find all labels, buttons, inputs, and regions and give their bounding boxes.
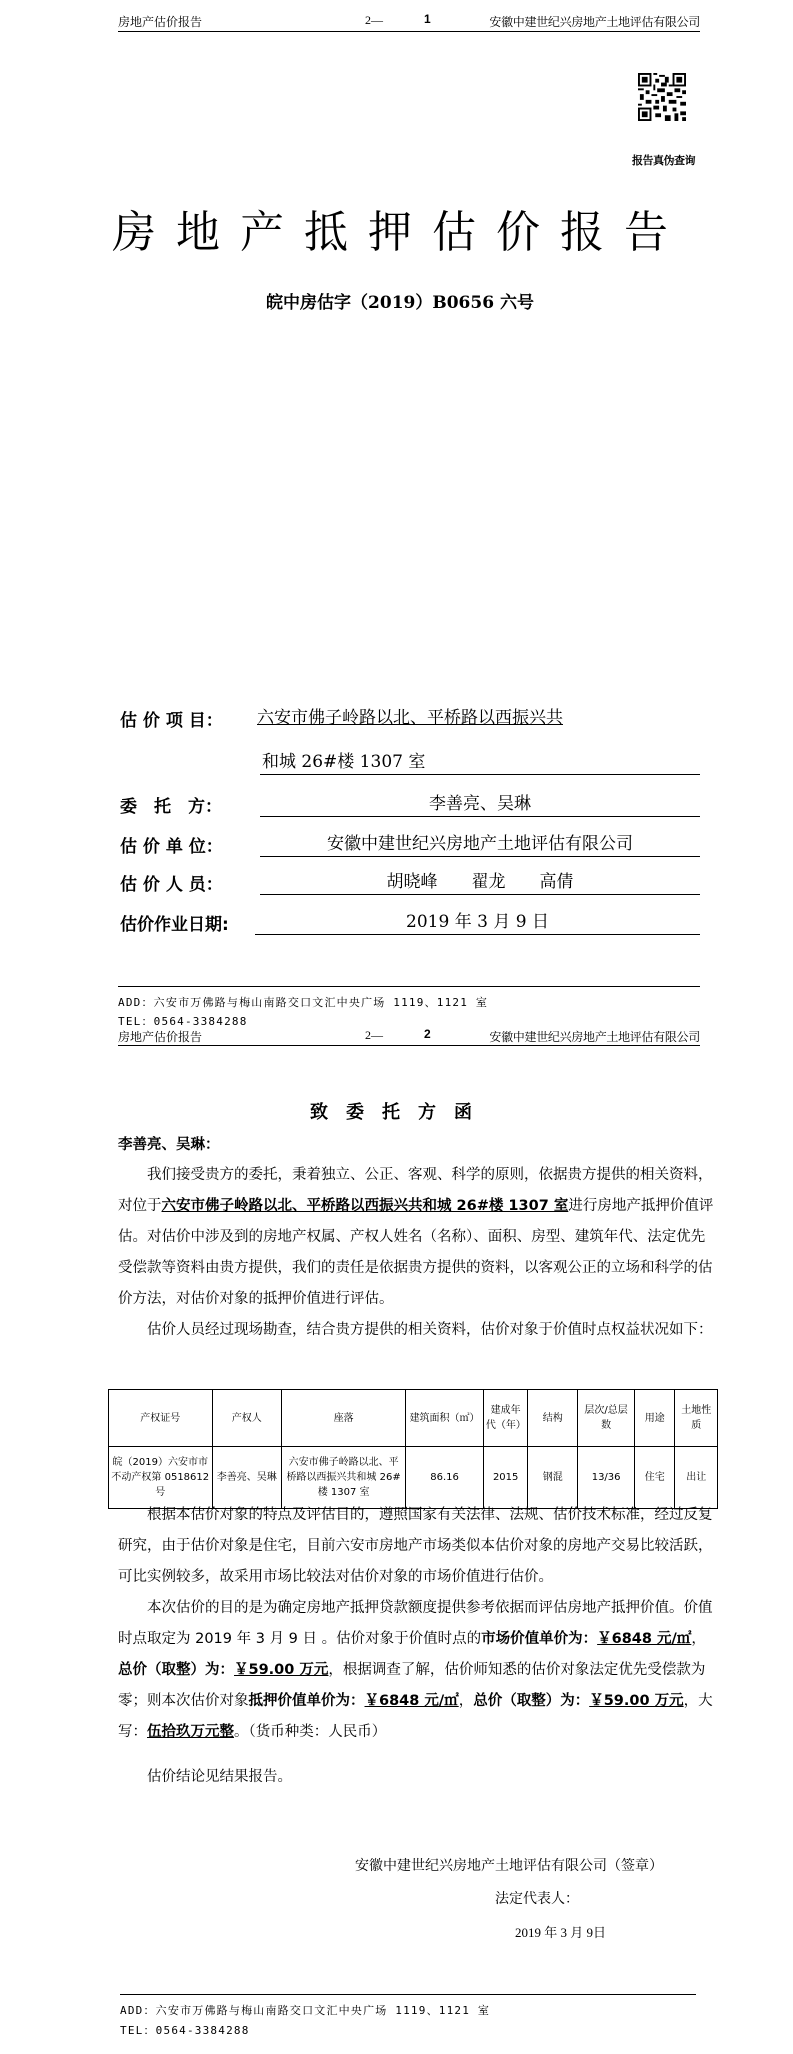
field-project: 估 价 项 目： 六安市佛子岭路以北、平桥路以西振兴共 <box>120 706 700 732</box>
table-header: 层次/总层数 <box>578 1390 635 1447</box>
field-label: 估 价 单 位： <box>120 832 223 857</box>
field-label: 委 托 方： <box>120 792 222 817</box>
table-header: 产权人 <box>212 1390 281 1447</box>
table-header: 建成年代（年） <box>483 1390 528 1447</box>
qr-verify-label: 报告真伪查询 <box>632 152 695 168</box>
paragraph-text: 。（货币种类：人民币） <box>234 1724 386 1740</box>
document-number: 皖中房估字（2019）B0656 六号 <box>100 288 700 313</box>
signature-company: 安徽中建世纪兴房地产土地评估有限公司（签章） <box>355 1855 663 1875</box>
page2-header: 房地产估价报告 2— 2 安徽中建世纪兴房地产土地评估有限公司 <box>118 1025 700 1046</box>
property-rights-table: 产权证号 产权人 座落 建筑面积（㎡） 建成年代（年） 结构 层次/总层数 用途… <box>108 1389 718 1509</box>
signature-date: 2019 年 3 月 9日 <box>515 1922 606 1941</box>
field-appraisers: 估 价 人 员： 胡晓峰 翟龙 高倩 <box>120 870 700 896</box>
letter-paragraph-2: 估价人员经过现场勘查，结合贵方提供的相关资料，估价对象于价值时点权益状况如下： <box>118 1315 714 1346</box>
field-label: 估 价 项 目： <box>120 706 223 731</box>
signature-legal-rep: 法定代表人： <box>495 1888 579 1908</box>
field-value: 安徽中建世纪兴房地产土地评估有限公司 <box>260 832 700 857</box>
header-doc-type: 房地产估价报告 <box>118 1028 202 1045</box>
field-value: 李善亮、吴琳 <box>260 792 700 817</box>
table-header-row: 产权证号 产权人 座落 建筑面积（㎡） 建成年代（年） 结构 层次/总层数 用途… <box>109 1390 718 1447</box>
mortgage-total-value: ￥59.00 万元 <box>589 1693 683 1709</box>
mortgage-unit-price-value: ￥6848 元/㎡ <box>365 1693 459 1709</box>
field-label: 估 价 人 员： <box>120 870 223 895</box>
letter-paragraph-5: 估价结论见结果报告。 <box>118 1762 714 1793</box>
market-total-label: 总价（取整）为： <box>118 1662 234 1678</box>
paragraph-text: ， <box>691 1631 706 1647</box>
footer-address: ADD：六安市万佛路与梅山南路交口文汇中央广场 1119、1121 室 <box>118 994 488 1010</box>
field-label: 估价作业日期: <box>120 910 229 935</box>
property-address: 六安市佛子岭路以北、平桥路以西振兴共和城 26#楼 1307 室 <box>162 1198 569 1214</box>
letter-salutation: 李善亮、吴琳： <box>118 1130 714 1161</box>
table-header: 建筑面积（㎡） <box>406 1390 484 1447</box>
letter-paragraph-1: 我们接受贵方的委托，秉着独立、公正、客观、科学的原则，依据贵方提供的相关资料，对… <box>118 1160 714 1315</box>
paragraph-text: ， <box>459 1693 474 1709</box>
header-page-number: 2 <box>424 1027 431 1041</box>
letter-title: 致委托方函 <box>100 1098 700 1124</box>
qr-code-icon <box>638 73 686 121</box>
field-date: 估价作业日期: 2019 年 3 月 9 日 <box>120 910 700 936</box>
header-page-number: 1 <box>424 12 431 26</box>
mortgage-total-label: 总价（取整）为： <box>473 1693 589 1709</box>
table-header: 产权证号 <box>109 1390 213 1447</box>
table-header: 土地性质 <box>675 1390 718 1447</box>
mortgage-unit-price-label: 抵押价值单价为： <box>249 1693 365 1709</box>
field-value: 胡晓峰 翟龙 高倩 <box>260 870 700 895</box>
table-header: 座落 <box>281 1390 405 1447</box>
header-company: 安徽中建世纪兴房地产土地评估有限公司 <box>489 13 700 30</box>
header-company: 安徽中建世纪兴房地产土地评估有限公司 <box>489 1028 700 1045</box>
market-unit-price-value: ￥6848 元/㎡ <box>597 1631 691 1647</box>
field-value: 六安市佛子岭路以北、平桥路以西振兴共 <box>255 706 700 730</box>
header-page-prefix: 2— <box>365 13 383 28</box>
report-title: 房地产抵押估价报告 <box>100 196 700 260</box>
footer-address: ADD：六安市万佛路与梅山南路交口文汇中央广场 1119、1121 室 <box>120 2002 490 2018</box>
footer-divider <box>118 986 700 987</box>
page1-header: 房地产估价报告 2— 1 安徽中建世纪兴房地产土地评估有限公司 <box>118 9 700 32</box>
field-client: 委 托 方： 李善亮、吴琳 <box>120 792 700 818</box>
field-appraiser-company: 估 价 单 位： 安徽中建世纪兴房地产土地评估有限公司 <box>120 832 700 858</box>
amount-in-words: 伍拾玖万元整 <box>147 1724 234 1740</box>
header-page-prefix: 2— <box>365 1028 383 1043</box>
letter-paragraph-3: 根据本估价对象的特点及评估目的，遵照国家有关法律、法规、估价技术标准，经过反复研… <box>118 1500 714 1593</box>
table-header: 结构 <box>528 1390 578 1447</box>
market-total-value: ￥59.00 万元 <box>234 1662 328 1678</box>
table-header: 用途 <box>635 1390 675 1447</box>
footer-divider <box>120 1994 696 1995</box>
field-project-line2: 和城 26#楼 1307 室 <box>120 750 700 776</box>
paragraph-text: 进行房地产抵押价值评估。对估价中涉及到的房地产权属、产权人姓名（名称）、面积、房… <box>118 1198 713 1307</box>
letter-paragraph-4: 本次估价的目的是为确定房地产抵押贷款额度提供参考依据而评估房地产抵押价值。价值时… <box>118 1593 714 1748</box>
field-value: 和城 26#楼 1307 室 <box>260 750 700 775</box>
field-value: 2019 年 3 月 9 日 <box>255 910 700 935</box>
footer-phone: TEL：0564-3384288 <box>120 2022 250 2038</box>
market-unit-price-label: 市场价值单价为： <box>481 1631 597 1647</box>
header-doc-type: 房地产估价报告 <box>118 13 202 30</box>
